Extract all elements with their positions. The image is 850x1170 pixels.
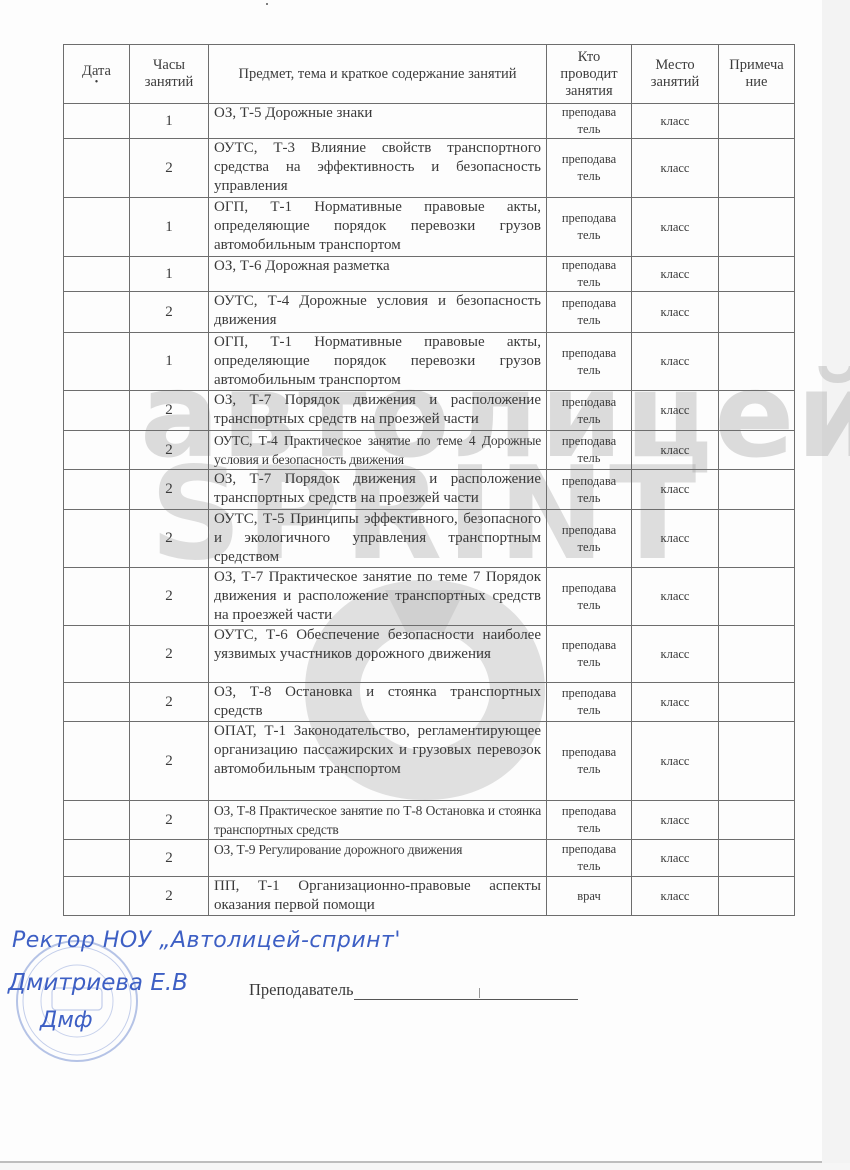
note-cell (719, 626, 795, 683)
date-cell (64, 333, 130, 391)
hours-cell: 2 (130, 801, 209, 840)
hours-cell: 2 (130, 431, 209, 470)
teacher-cell: преподаватель (547, 626, 632, 683)
note-cell (719, 470, 795, 510)
place-cell: класс (632, 722, 719, 801)
rector-signature: Дмф (40, 1008, 93, 1033)
topic-cell: ОЗ, Т-6 Дорожная разметка (209, 257, 547, 292)
hours-cell: 2 (130, 626, 209, 683)
note-cell (719, 801, 795, 840)
schedule-table: Дата• Часы занятий Предмет, тема и кратк… (63, 44, 795, 916)
place-cell: класс (632, 840, 719, 877)
place-cell: класс (632, 801, 719, 840)
note-cell (719, 431, 795, 470)
date-cell (64, 626, 130, 683)
date-cell (64, 877, 130, 916)
hours-cell: 2 (130, 510, 209, 568)
table-header-row: Дата• Часы занятий Предмет, тема и кратк… (64, 45, 795, 104)
hours-cell: 1 (130, 257, 209, 292)
place-cell: класс (632, 568, 719, 626)
table-row: 1ОЗ, Т-6 Дорожная разметкапреподавательк… (64, 257, 795, 292)
table-body: 1ОЗ, Т-5 Дорожные знакипреподавательклас… (64, 104, 795, 916)
place-cell: класс (632, 391, 719, 431)
official-stamp-icon (14, 938, 140, 1064)
place-cell: класс (632, 104, 719, 139)
teacher-cell: преподаватель (547, 568, 632, 626)
teacher-cell: преподаватель (547, 292, 632, 333)
teacher-cell: преподаватель (547, 722, 632, 801)
header-note: Примечание (719, 45, 795, 104)
note-cell (719, 877, 795, 916)
teacher-label: Преподаватель (249, 980, 354, 999)
teacher-cell: преподаватель (547, 198, 632, 257)
note-cell (719, 568, 795, 626)
date-cell (64, 431, 130, 470)
table-row: 2ОУТС, Т-3 Влияние свойств транспортного… (64, 139, 795, 198)
note-cell (719, 510, 795, 568)
topic-cell: ОЗ, Т-7 Порядок движения и расположение … (209, 470, 547, 510)
place-cell: класс (632, 198, 719, 257)
teacher-cell: преподаватель (547, 104, 632, 139)
topic-cell: ПП, Т-1 Организационно-правовые аспекты … (209, 877, 547, 916)
table-row: 1ОГП, Т-1 Нормативные правовые акты, опр… (64, 198, 795, 257)
teacher-cell: преподаватель (547, 333, 632, 391)
teacher-cell: преподаватель (547, 840, 632, 877)
table-row: 2ОЗ, Т-7 Практическое занятие по теме 7 … (64, 568, 795, 626)
place-cell: класс (632, 470, 719, 510)
hours-cell: 2 (130, 840, 209, 877)
place-cell: класс (632, 257, 719, 292)
date-cell (64, 510, 130, 568)
teacher-signature-block: Преподаватель (249, 980, 578, 1000)
date-cell (64, 801, 130, 840)
note-cell (719, 292, 795, 333)
place-cell: класс (632, 510, 719, 568)
scan-speck (266, 3, 268, 5)
place-cell: класс (632, 877, 719, 916)
date-cell (64, 840, 130, 877)
teacher-cell: преподаватель (547, 801, 632, 840)
teacher-cell: преподаватель (547, 139, 632, 198)
teacher-cell: преподаватель (547, 257, 632, 292)
date-cell (64, 139, 130, 198)
scan-edge-right (822, 0, 850, 1170)
hours-cell: 2 (130, 292, 209, 333)
scan-edge-bottom (0, 1163, 850, 1170)
topic-cell: ОГП, Т-1 Нормативные правовые акты, опре… (209, 333, 547, 391)
place-cell: класс (632, 292, 719, 333)
note-cell (719, 139, 795, 198)
table-row: 2ОЗ, Т-8 Практическое занятие по Т-8 Ост… (64, 801, 795, 840)
header-date: Дата• (64, 45, 130, 104)
date-cell (64, 257, 130, 292)
teacher-cell: преподаватель (547, 510, 632, 568)
note-cell (719, 257, 795, 292)
rector-handwriting: Ректор НОУ „Автолицей-спринт' (12, 928, 401, 953)
teacher-cell: врач (547, 877, 632, 916)
table-row: 2ОУТС, Т-5 Принципы эффективного, безопа… (64, 510, 795, 568)
hours-cell: 1 (130, 333, 209, 391)
header-topic: Предмет, тема и краткое содержание занят… (209, 45, 547, 104)
note-cell (719, 391, 795, 431)
topic-cell: ОЗ, Т-8 Практическое занятие по Т-8 Оста… (209, 801, 547, 840)
table-row: 2ОУТС, Т-4 Дорожные условия и безопаснос… (64, 292, 795, 333)
hours-cell: 1 (130, 104, 209, 139)
teacher-cell: преподаватель (547, 431, 632, 470)
date-cell (64, 292, 130, 333)
date-cell (64, 198, 130, 257)
hours-cell: 2 (130, 722, 209, 801)
teacher-signature-line (354, 982, 578, 1000)
place-cell: класс (632, 626, 719, 683)
note-cell (719, 333, 795, 391)
table-row: 2ОЗ, Т-7 Порядок движения и расположение… (64, 391, 795, 431)
place-cell: класс (632, 139, 719, 198)
place-cell: класс (632, 683, 719, 722)
date-cell (64, 391, 130, 431)
date-cell (64, 683, 130, 722)
date-cell (64, 722, 130, 801)
topic-cell: ОПАТ, Т-1 Законодательство, регламентиру… (209, 722, 547, 801)
topic-cell: ОУТС, Т-6 Обеспечение безопасности наибо… (209, 626, 547, 683)
note-cell (719, 722, 795, 801)
place-cell: класс (632, 431, 719, 470)
topic-cell: ОЗ, Т-5 Дорожные знаки (209, 104, 547, 139)
table-row: 2ОПАТ, Т-1 Законодательство, регламентир… (64, 722, 795, 801)
table-row: 2ОЗ, Т-8 Остановка и стоянка транспортны… (64, 683, 795, 722)
topic-cell: ОЗ, Т-7 Порядок движения и расположение … (209, 391, 547, 431)
hours-cell: 2 (130, 877, 209, 916)
hours-cell: 2 (130, 568, 209, 626)
table-row: 2ОЗ, Т-9 Регулирование дорожного движени… (64, 840, 795, 877)
topic-cell: ОГП, Т-1 Нормативные правовые акты, опре… (209, 198, 547, 257)
teacher-cell: преподаватель (547, 391, 632, 431)
table-row: 2ПП, Т-1 Организационно-правовые аспекты… (64, 877, 795, 916)
teacher-cell: преподаватель (547, 470, 632, 510)
topic-cell: ОЗ, Т-7 Практическое занятие по теме 7 П… (209, 568, 547, 626)
header-hours: Часы занятий (130, 45, 209, 104)
place-cell: класс (632, 333, 719, 391)
date-cell (64, 470, 130, 510)
table-row: 2ОУТС, Т-4 Практическое занятие по теме … (64, 431, 795, 470)
table-row: 1ОГП, Т-1 Нормативные правовые акты, опр… (64, 333, 795, 391)
note-cell (719, 104, 795, 139)
topic-cell: ОУТС, Т-3 Влияние свойств транспортного … (209, 139, 547, 198)
topic-cell: ОЗ, Т-9 Регулирование дорожного движения (209, 840, 547, 877)
hours-cell: 2 (130, 683, 209, 722)
topic-cell: ОУТС, Т-4 Дорожные условия и безопасност… (209, 292, 547, 333)
table-row: 1ОЗ, Т-5 Дорожные знакипреподавательклас… (64, 104, 795, 139)
table-row: 2ОУТС, Т-6 Обеспечение безопасности наиб… (64, 626, 795, 683)
topic-cell: ОЗ, Т-8 Остановка и стоянка транспортных… (209, 683, 547, 722)
hours-cell: 2 (130, 391, 209, 431)
hours-cell: 1 (130, 198, 209, 257)
topic-cell: ОУТС, Т-5 Принципы эффективного, безопас… (209, 510, 547, 568)
date-cell (64, 568, 130, 626)
note-cell (719, 840, 795, 877)
teacher-cell: преподаватель (547, 683, 632, 722)
note-cell (719, 198, 795, 257)
hours-cell: 2 (130, 470, 209, 510)
note-cell (719, 683, 795, 722)
rector-name-handwriting: Дмитриева Е.В (8, 970, 188, 996)
date-cell (64, 104, 130, 139)
table-row: 2ОЗ, Т-7 Порядок движения и расположение… (64, 470, 795, 510)
header-who: Кто проводит занятия (547, 45, 632, 104)
header-place: Место занятий (632, 45, 719, 104)
hours-cell: 2 (130, 139, 209, 198)
topic-cell: ОУТС, Т-4 Практическое занятие по теме 4… (209, 431, 547, 470)
